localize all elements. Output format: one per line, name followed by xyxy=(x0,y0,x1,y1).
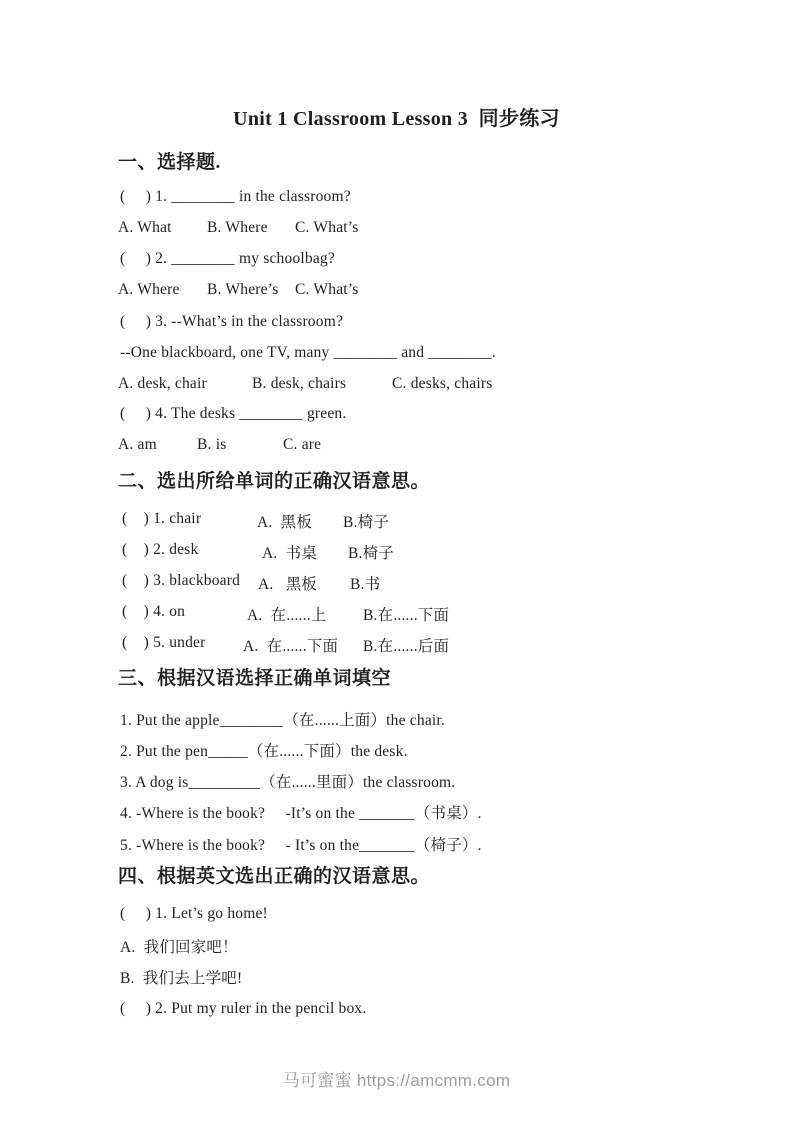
text-line: ( ) 3. --What’s in the classroom? xyxy=(0,313,793,337)
text-segment: B. Where’s xyxy=(207,281,278,299)
text-segment: A. 书桌 xyxy=(262,541,317,563)
text-segment: ( ) 2. desk xyxy=(122,541,198,559)
text-segment: B.椅子 xyxy=(348,541,394,563)
text-segment: B.在......后面 xyxy=(363,634,449,656)
text-line: ( ) 1. Let’s go home! xyxy=(0,905,793,929)
text-segment: C. What’s xyxy=(295,219,359,237)
text-segment: A. Where xyxy=(118,281,180,299)
text-segment: ( ) 2. ________ my schoolbag? xyxy=(120,250,335,268)
text-segment: A. What xyxy=(118,219,172,237)
text-segment: ( ) 5. under xyxy=(122,634,206,652)
section-heading: 三、根据汉语选择正确单词填空 xyxy=(0,663,793,687)
text-line: A. desk, chairB. desk, chairsC. desks, c… xyxy=(0,375,793,399)
text-segment: ( ) 4. The desks ________ green. xyxy=(120,405,346,423)
text-line: ( ) 5. underA. 在......下面B.在......后面 xyxy=(0,634,793,658)
text-segment: ( ) 1. chair xyxy=(122,510,201,528)
text-line: A. WhereB. Where’sC. What’s xyxy=(0,281,793,305)
text-line: 4. -Where is the book? -It’s on the ____… xyxy=(0,801,793,825)
text-line: ( ) 1. chairA. 黑板B.椅子 xyxy=(0,510,793,534)
text-segment: 2. Put the pen_____（在......下面）the desk. xyxy=(120,739,408,761)
text-segment: A. 黑板 xyxy=(258,572,317,594)
text-segment: A. 在......上 xyxy=(247,603,326,625)
text-line: ( ) 4. onA. 在......上B.在......下面 xyxy=(0,603,793,627)
text-segment: ( ) 3. blackboard xyxy=(122,572,240,590)
text-segment: B. is xyxy=(197,436,226,454)
text-segment: B. desk, chairs xyxy=(252,375,346,393)
text-segment: 4. -Where is the book? -It’s on the ____… xyxy=(120,801,482,823)
text-segment: ( ) 1. Let’s go home! xyxy=(120,905,268,923)
text-segment: ( ) 2. Put my ruler in the pencil box. xyxy=(120,1000,366,1018)
text-segment: A. desk, chair xyxy=(118,375,207,393)
text-line: B. 我们去上学吧! xyxy=(0,966,793,990)
section-heading-text: 四、根据英文选出正确的汉语意思。 xyxy=(118,861,430,888)
worksheet-page: Unit 1 Classroom Lesson 3 同步练习 一、选择题.( )… xyxy=(0,0,793,1122)
text-segment: ( ) 3. --What’s in the classroom? xyxy=(120,313,343,331)
text-segment: A. 我们回家吧！ xyxy=(120,935,238,957)
text-segment: --One blackboard, one TV, many ________ … xyxy=(120,344,496,362)
text-segment: C. desks, chairs xyxy=(392,375,493,393)
text-line: ( ) 2. deskA. 书桌B.椅子 xyxy=(0,541,793,565)
page-title: Unit 1 Classroom Lesson 3 同步练习 xyxy=(0,102,793,131)
section-heading: 四、根据英文选出正确的汉语意思。 xyxy=(0,861,793,885)
text-line: ( ) 2. Put my ruler in the pencil box. xyxy=(0,1000,793,1024)
text-segment: 1. Put the apple________（在......上面）the c… xyxy=(120,708,445,730)
text-segment: B. 我们去上学吧! xyxy=(120,966,242,988)
text-segment: A. 黑板 xyxy=(257,510,312,532)
text-segment: B. Where xyxy=(207,219,268,237)
text-line: A. 我们回家吧！ xyxy=(0,935,793,959)
text-segment: A. 在......下面 xyxy=(243,634,338,656)
footer-watermark: 马可蜜蜜 https://amcmm.com xyxy=(0,1066,793,1091)
text-segment: ( ) 1. ________ in the classroom? xyxy=(120,188,351,206)
section-heading-text: 三、根据汉语选择正确单词填空 xyxy=(118,663,391,690)
section-heading-text: 二、选出所给单词的正确汉语意思。 xyxy=(118,466,430,493)
text-segment: C. What’s xyxy=(295,281,359,299)
text-line: ( ) 3. blackboardA. 黑板B.书 xyxy=(0,572,793,596)
text-line: 5. -Where is the book? - It’s on the____… xyxy=(0,833,793,857)
text-segment: A. am xyxy=(118,436,157,454)
text-line: A. WhatB. WhereC. What’s xyxy=(0,219,793,243)
text-line: ( ) 1. ________ in the classroom? xyxy=(0,188,793,212)
text-segment: ( ) 4. on xyxy=(122,603,185,621)
text-segment: 3. A dog is_________（在......里面）the class… xyxy=(120,770,455,792)
text-segment: B.椅子 xyxy=(343,510,389,532)
text-segment: 5. -Where is the book? - It’s on the____… xyxy=(120,833,482,855)
text-line: ( ) 4. The desks ________ green. xyxy=(0,405,793,429)
text-line: 3. A dog is_________（在......里面）the class… xyxy=(0,770,793,794)
text-segment: B.在......下面 xyxy=(363,603,449,625)
section-heading: 二、选出所给单词的正确汉语意思。 xyxy=(0,466,793,490)
text-line: 1. Put the apple________（在......上面）the c… xyxy=(0,708,793,732)
text-line: A. amB. isC. are xyxy=(0,436,793,460)
section-heading: 一、选择题. xyxy=(0,147,793,171)
text-segment: C. are xyxy=(283,436,321,454)
text-segment: B.书 xyxy=(350,572,380,594)
section-heading-text: 一、选择题. xyxy=(118,147,221,174)
text-line: ( ) 2. ________ my schoolbag? xyxy=(0,250,793,274)
text-line: 2. Put the pen_____（在......下面）the desk. xyxy=(0,739,793,763)
text-line: --One blackboard, one TV, many ________ … xyxy=(0,344,793,368)
